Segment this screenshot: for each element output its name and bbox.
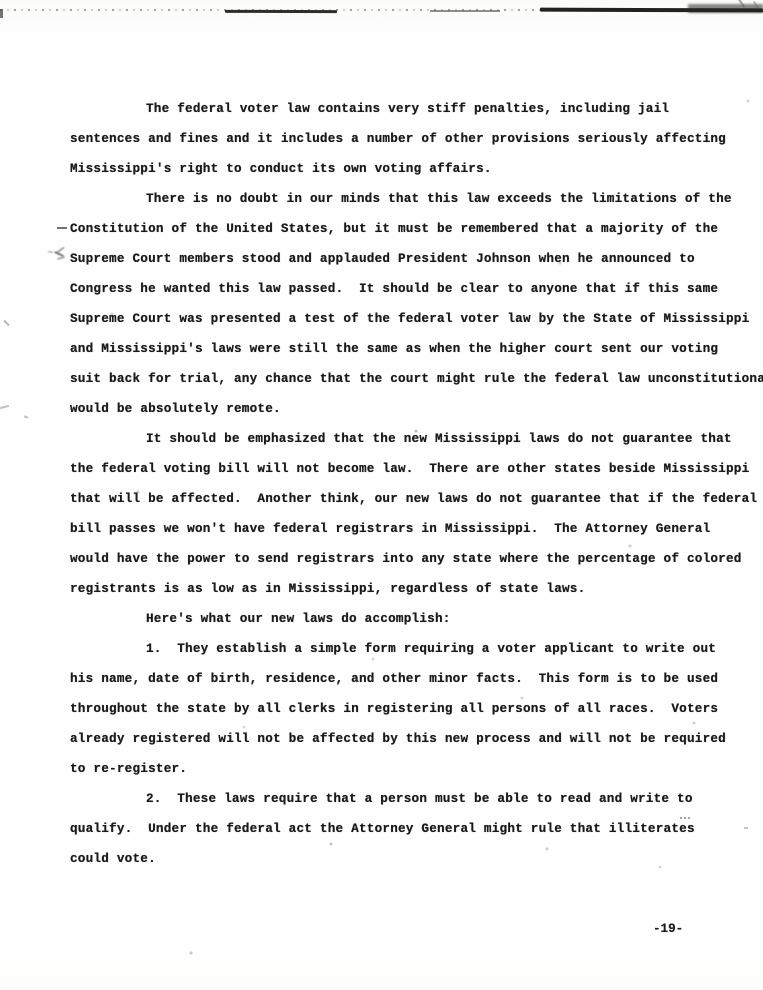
text-line: Here's what our new laws do accomplish: — [70, 604, 760, 634]
text-line: Congress he wanted this law passed. It s… — [70, 274, 760, 304]
text-line: his name, date of birth, residence, and … — [70, 664, 760, 694]
margin-pencil-smudge — [48, 247, 68, 264]
text-line: Constitution of the United States, but i… — [70, 214, 760, 244]
text-line: registrants is as low as in Mississippi,… — [70, 574, 760, 604]
scan-edge-artifact — [688, 4, 763, 13]
text-lines: The federal voter law contains very stif… — [70, 94, 760, 874]
text-line: sentences and fines and it includes a nu… — [70, 124, 760, 154]
text-line: that will be affected. Another think, ou… — [70, 484, 760, 514]
text-line: already registered will not be affected … — [70, 724, 760, 754]
scan-edge-artifact — [0, 9, 3, 18]
text-line: Mississippi's right to conduct its own v… — [70, 154, 760, 184]
scan-edge-artifact — [225, 10, 337, 13]
text-line: There is no doubt in our minds that this… — [70, 184, 760, 214]
text-line: 1. They establish a simple form requirin… — [70, 634, 760, 664]
margin-stray-mark — [24, 415, 28, 418]
text-line: to re-register. — [70, 754, 760, 784]
text-line: would be absolutely remote. — [70, 394, 760, 424]
scan-edge-artifact — [738, 0, 745, 7]
text-line: throughout the state by all clerks in re… — [70, 694, 760, 724]
scan-edge-artifact — [753, 1, 759, 9]
text-line: 2. These laws require that a person must… — [70, 784, 760, 814]
page-number: -19- — [653, 916, 683, 942]
text-line: Supreme Court was presented a test of th… — [70, 304, 760, 334]
scan-noise-speckles — [0, 0, 2, 2]
scanned-page: The federal voter law contains very stif… — [0, 0, 763, 990]
text-line: qualify. Under the federal act the Attor… — [70, 814, 760, 844]
text-line: the federal voting bill will not become … — [70, 454, 760, 484]
scan-edge-artifact — [540, 8, 763, 13]
text-line: could vote. — [70, 844, 760, 874]
margin-stray-mark — [3, 320, 9, 326]
margin-stray-mark — [0, 405, 9, 409]
text-line: and Mississippi's laws were still the sa… — [70, 334, 760, 364]
scan-edge-artifact — [0, 9, 763, 11]
text-line: would have the power to send registrars … — [70, 544, 760, 574]
text-line: The federal voter law contains very stif… — [70, 94, 760, 124]
margin-pencil-dash — [57, 227, 67, 229]
text-line: bill passes we won't have federal regist… — [70, 514, 760, 544]
text-line: suit back for trial, any chance that the… — [70, 364, 760, 394]
scan-edge-artifact — [430, 10, 500, 12]
text-line: Supreme Court members stood and applaude… — [70, 244, 760, 274]
text-line: It should be emphasized that the new Mis… — [70, 424, 760, 454]
